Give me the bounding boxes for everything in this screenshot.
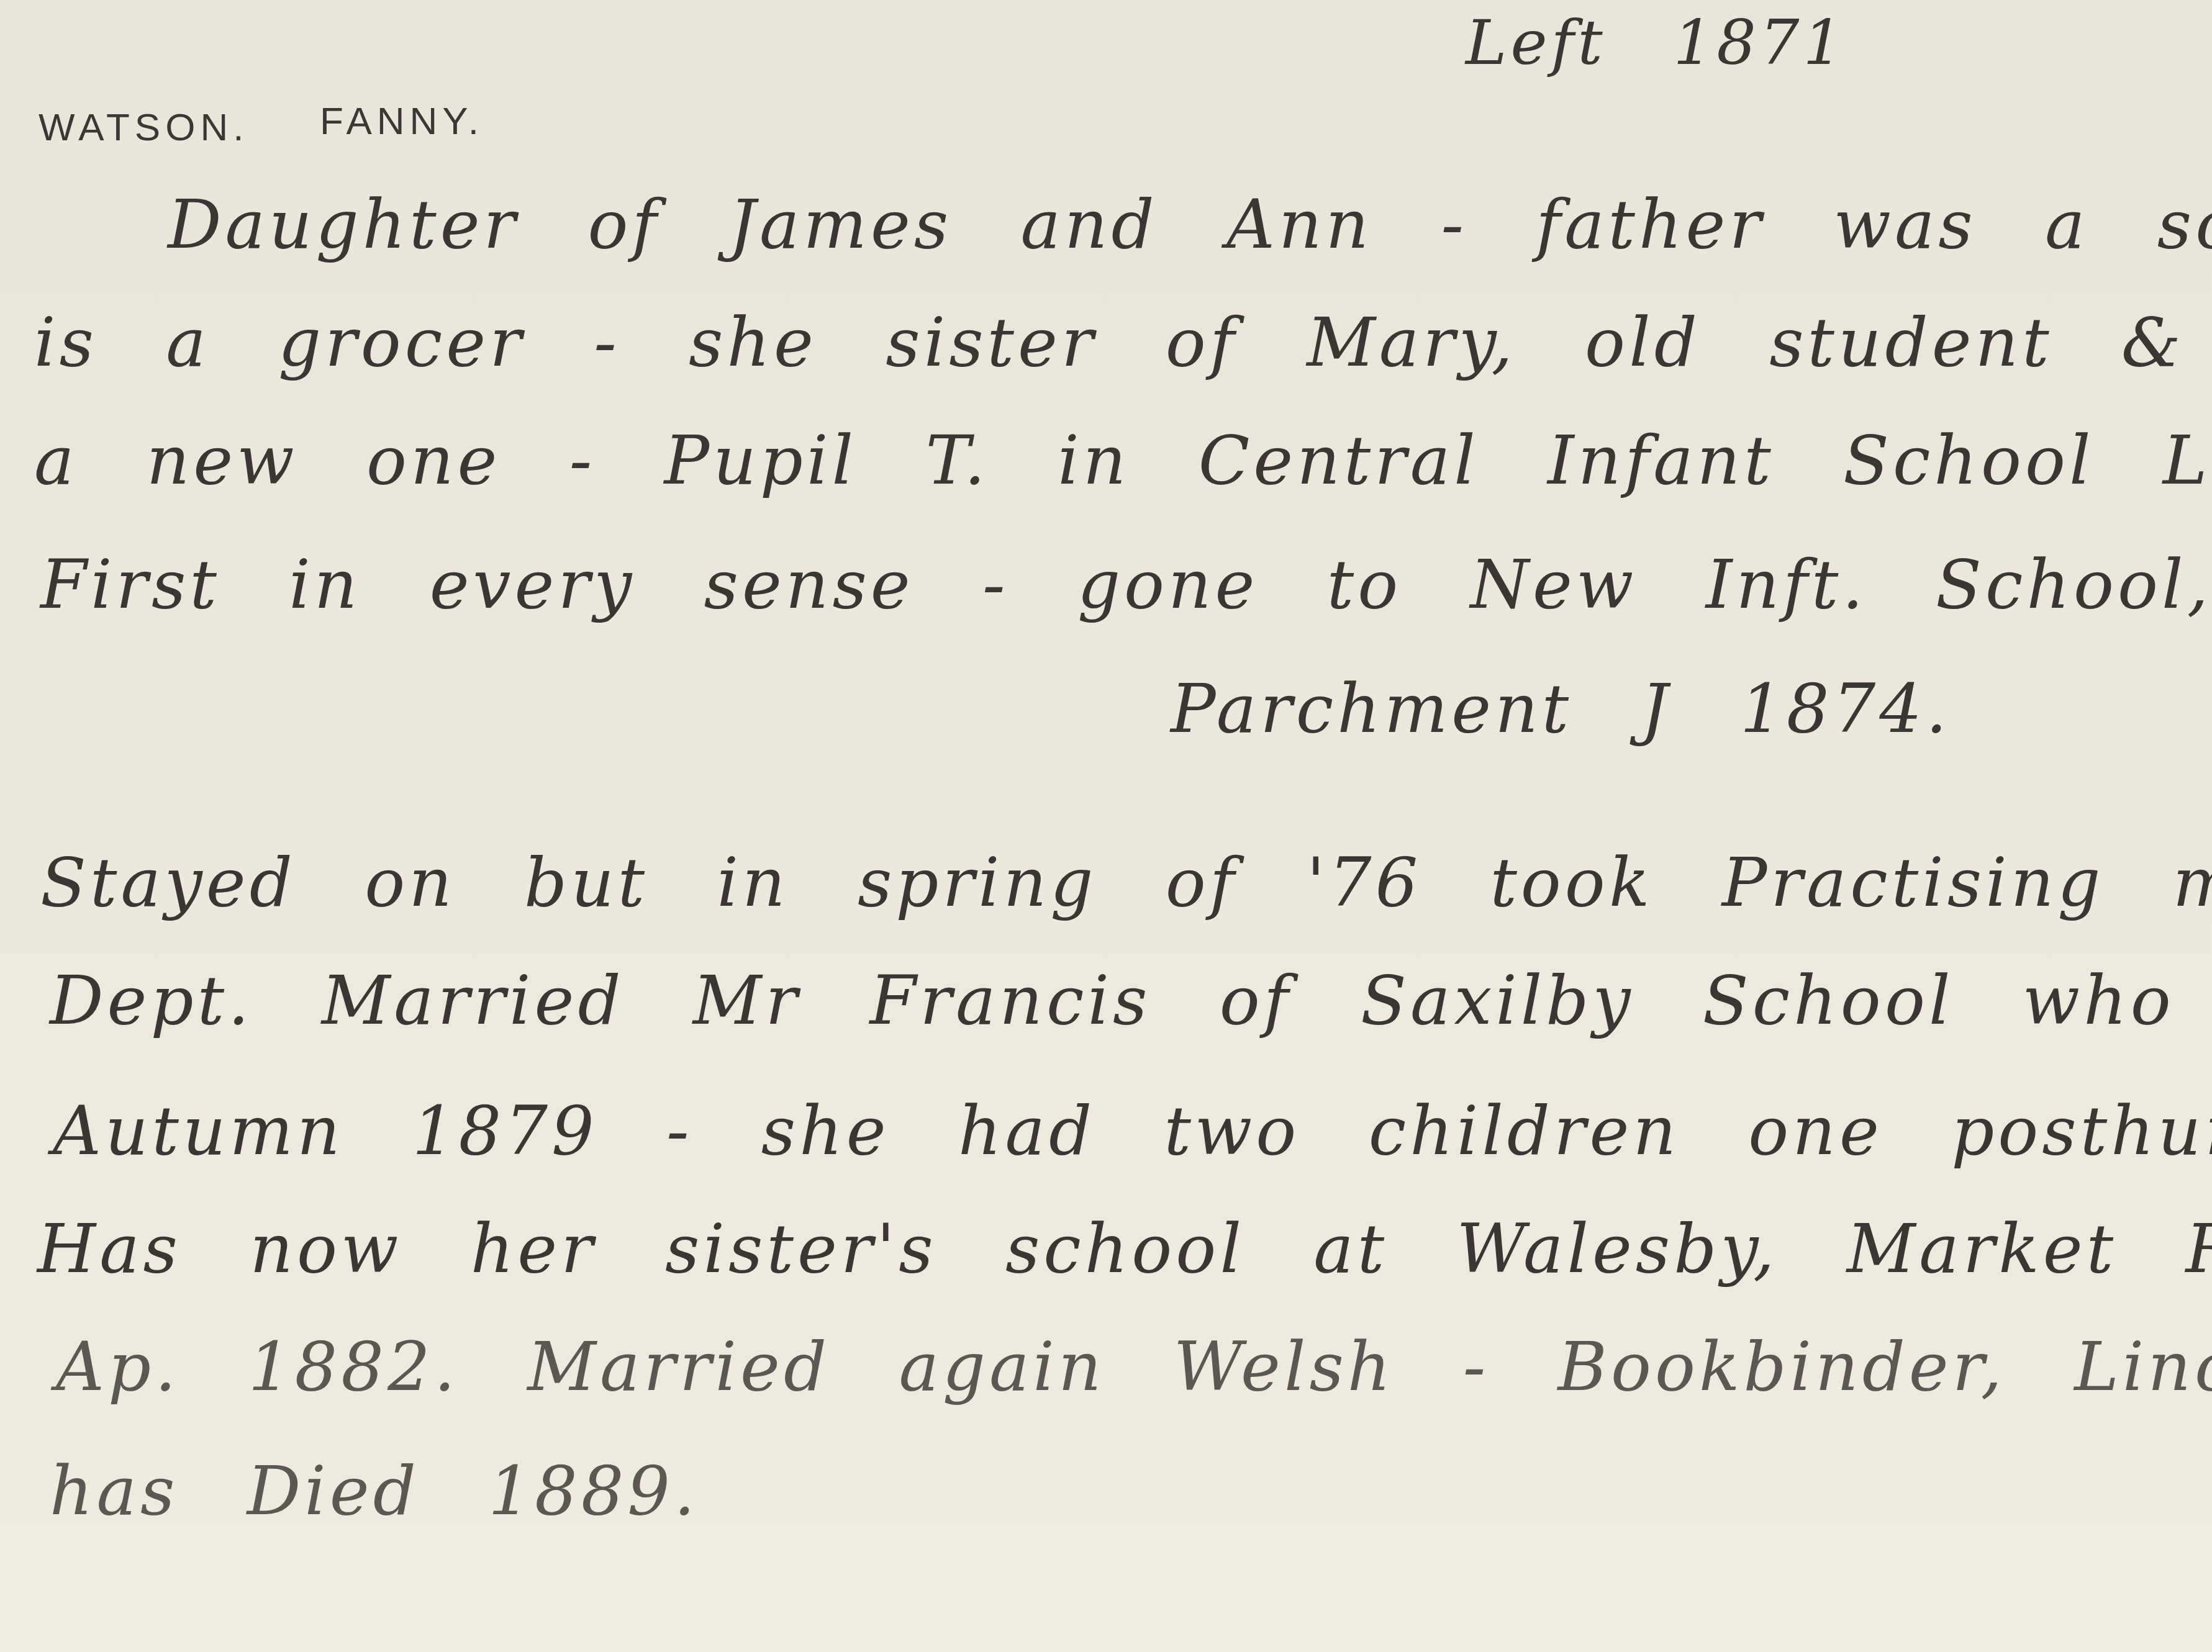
surname-heading: WATSON. — [39, 106, 248, 150]
text-line: Ap. 1882. Married again Welsh - Bookbind… — [56, 1329, 2212, 1406]
text-line: Daughter of James and Ann - father was a… — [168, 186, 2212, 264]
text-line: a new one - Pupil T. in Central Infant S… — [34, 422, 2212, 500]
text-line: has Died 1889. — [50, 1453, 699, 1530]
left-date-note: Left 1871 — [1466, 6, 1846, 79]
text-line: Has now her sister's school at Walesby, … — [37, 1211, 2212, 1288]
text-line: Dept. Married Mr Francis of Saxilby Scho… — [50, 962, 2212, 1040]
text-line: Stayed on but in spring of '76 took Prac… — [40, 844, 2212, 922]
parchment-note: Parchment J 1874. — [1171, 670, 1951, 748]
forename-heading: FANNY. — [320, 99, 484, 143]
text-line: Autumn 1879 - she had two children one p… — [53, 1093, 2212, 1170]
text-line: is a grocer - she sister of Mary, old st… — [34, 304, 2212, 382]
handwritten-page: Left 1871 WATSON. FANNY. Daughter of Jam… — [0, 0, 2212, 1652]
text-line: First in every sense - gone to New Inft.… — [40, 546, 2212, 624]
